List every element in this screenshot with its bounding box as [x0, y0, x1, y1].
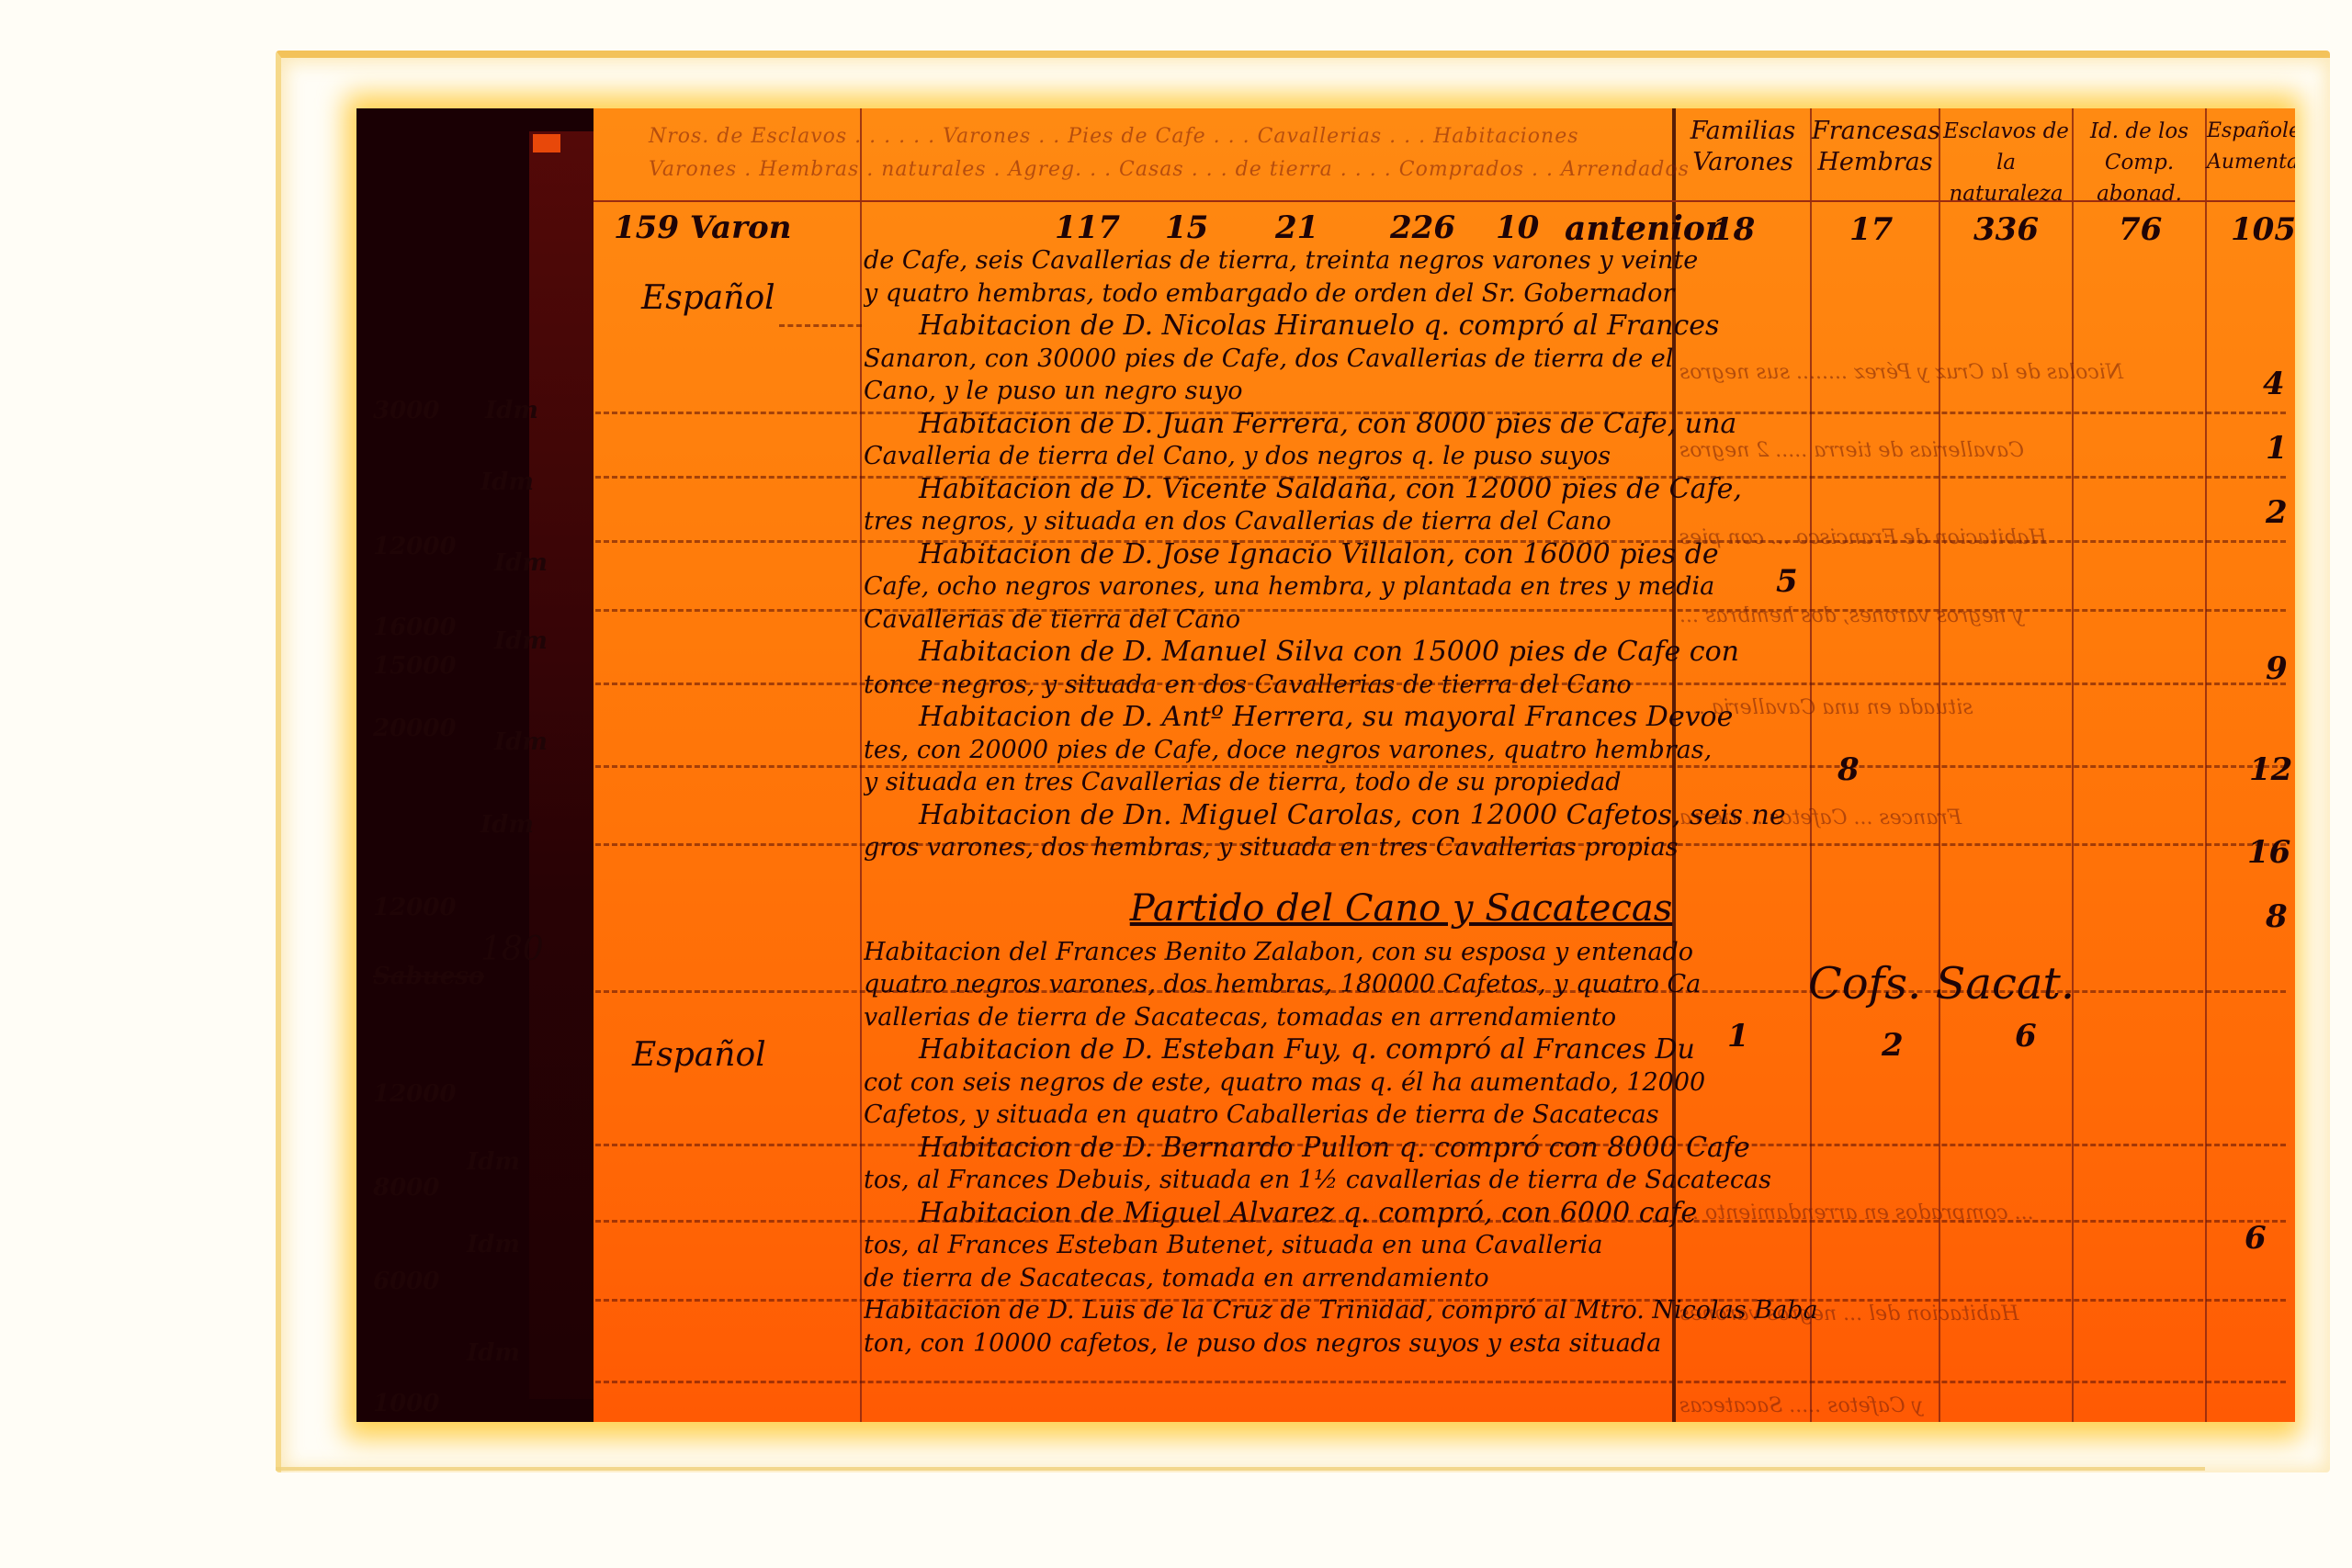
entry-line: Habitacion de D. Esteban Fuy, q. compró …	[864, 1033, 1939, 1066]
entry-line: Habitacion de D. Juan Ferrera, con 8000 …	[864, 408, 1939, 441]
margin-amount: 1000	[373, 1390, 439, 1417]
entry-line: de tierra de Sacatecas, tomada en arrend…	[864, 1262, 1939, 1295]
entry-line: Habitacion de D. Bernardo Pullon q. comp…	[864, 1132, 1939, 1165]
entry-line: Habitacion de Miguel Alvarez q. compró, …	[864, 1197, 1939, 1230]
entries-body: de Cafe, seis Cavallerias de tierra, tre…	[864, 244, 1939, 1359]
totals-espanoles: 105	[2231, 211, 2295, 248]
entry-line: cot con seis negros de este, quatro mas …	[864, 1066, 1939, 1100]
section-title: Partido del Cano y Sacatecas	[864, 864, 1939, 936]
totals-value: 21	[1275, 209, 1318, 246]
entry-line: Cafetos, y situada en quatro Caballerias…	[864, 1099, 1939, 1132]
entry-line: Sanaron, con 30000 pies de Cafe, dos Cav…	[864, 343, 1939, 376]
spine-gutter	[529, 131, 594, 1399]
entry-line: vallerias de tierra de Sacatecas, tomada…	[864, 1001, 1939, 1034]
entry-line: y situada en tres Cavallerias de tierra,…	[864, 766, 1939, 799]
margin-amount: 12000	[373, 1080, 456, 1108]
entry-line: quatro negros varones, dos hembras, 1800…	[864, 968, 1939, 1001]
col-header-francesas: FrancesasHembras	[1812, 116, 1939, 178]
entry-line: Habitacion del Frances Benito Zalabon, c…	[864, 936, 1939, 969]
margin-ditto: Idm	[485, 397, 538, 424]
manuscript-page: Nros. de Esclavos . . . . . . Varones . …	[356, 108, 2295, 1422]
entry-line: Cafe, ocho negros varones, una hembra, y…	[864, 570, 1939, 604]
col-header-comp: Id. de losComp. abonad.	[2074, 116, 2205, 209]
column-value: 4	[2263, 366, 2285, 402]
entry-line: Cavalleria de tierra del Cano, y dos neg…	[864, 440, 1939, 473]
entry-line: Habitacion de D. Manuel Silva con 15000 …	[864, 636, 1939, 669]
margin-ditto: Idm	[467, 1231, 520, 1258]
margin-amount: 3000	[373, 397, 439, 424]
entry-line: tes, con 20000 pies de Cafe, doce negros…	[864, 734, 1939, 767]
entry-line: y quatro hembras, todo embargado de orde…	[864, 277, 1939, 310]
margin-amount: 8000	[373, 1174, 439, 1201]
entry-line: ton, con 10000 cafetos, le puso dos negr…	[864, 1327, 1939, 1360]
margin-struck-word: Sabueso	[373, 963, 484, 990]
margin-ditto: Idm	[467, 1148, 520, 1176]
totals-comp: 76	[2119, 211, 2162, 248]
margin-ditto: Idm	[494, 549, 548, 577]
margin-amount: 12000	[373, 533, 456, 560]
margin-amount: 6000	[373, 1268, 439, 1295]
margin-ditto: Idm	[494, 728, 548, 756]
col-header-familias: FamiliasVarones	[1676, 116, 1810, 178]
totals-value: 15	[1165, 209, 1208, 246]
margin-ditto: Idm	[481, 811, 534, 839]
totals-value: 10	[1496, 209, 1539, 246]
entry-line: Cavallerias de tierra del Cano	[864, 604, 1939, 637]
margin-amount: 180	[481, 931, 544, 968]
margin-amount: 15000	[373, 652, 456, 680]
entry-line: Habitacion de D. Nicolas Hiranuelo q. co…	[864, 310, 1939, 343]
totals-value: 117	[1055, 209, 1120, 246]
totals-esclavos: 336	[1973, 211, 2039, 248]
entry-line: tos, al Frances Esteban Butenet, situada…	[864, 1229, 1939, 1262]
spine-tab	[533, 134, 560, 152]
margin-amount: 16000	[373, 614, 456, 641]
faded-header-text-2: Varones . Hembras . naturales . Agreg. .…	[649, 158, 1690, 181]
dashed-rule	[595, 1381, 2286, 1383]
entry-line: tres negros, y situada en dos Cavalleria…	[864, 505, 1939, 538]
column-value: 6	[2245, 1220, 2267, 1257]
entry-line: Habitacion de D. Vicente Saldaña, con 12…	[864, 473, 1939, 506]
margin-nationality: Español	[632, 1036, 766, 1074]
totals-francesas: 17	[1849, 211, 1893, 248]
entry-line: Cano, y le puso un negro suyo	[864, 375, 1939, 408]
column-value: 8	[2266, 898, 2288, 935]
margin-ditto: Idm	[467, 1339, 520, 1367]
entry-line: Habitacion de D. Jose Ignacio Villalon, …	[864, 538, 1939, 571]
dashed-rule	[779, 324, 862, 327]
col-header-espanoles: EspañolesAumentados	[2207, 116, 2295, 178]
entry-line: tonce negros, y situada en dos Cavalleri…	[864, 669, 1939, 702]
totals-label: antenior	[1565, 209, 1723, 248]
entry-line: gros varones, dos hembras, y situada en …	[864, 831, 1939, 864]
column-value: 9	[2266, 650, 2288, 687]
margin-amount: 12000	[373, 894, 456, 921]
entry-line: Habitacion de D. Luis de la Cruz de Trin…	[864, 1294, 1939, 1327]
totals-value: 226	[1390, 209, 1455, 246]
margin-ditto: Idm	[494, 627, 548, 655]
entry-line: Habitacion de D. Antº Herrera, su mayora…	[864, 701, 1939, 734]
sacatecas-esclavos: 6	[2015, 1018, 2037, 1055]
margin-nationality: Español	[641, 279, 775, 317]
column-value: 16	[2247, 834, 2290, 871]
entry-line: Habitacion de Dn. Miguel Carolas, con 12…	[864, 799, 1939, 832]
totals-left-label: 159 Varon	[614, 209, 791, 246]
book-spine-shadow	[356, 108, 594, 1422]
margin-amount: 20000	[373, 715, 456, 742]
column-value: 1	[2266, 430, 2288, 467]
mount-bottom-edge	[276, 1467, 2205, 1471]
column-value: 2	[2266, 494, 2288, 531]
col-header-esclavos: Esclavos de lanaturaleza	[1940, 116, 2072, 209]
bleed-through-text: y Cafetos ..... Sacatecas	[1679, 1394, 1923, 1417]
entry-line: de Cafe, seis Cavallerias de tierra, tre…	[864, 244, 1939, 277]
totals-familias: 18	[1712, 211, 1755, 248]
entry-line: tos, al Frances Debuis, situada en 1½ ca…	[864, 1164, 1939, 1197]
column-value: 12	[2249, 751, 2292, 788]
faded-header-text: Nros. de Esclavos . . . . . . Varones . …	[649, 125, 1579, 148]
margin-ditto: Idm	[481, 468, 534, 496]
